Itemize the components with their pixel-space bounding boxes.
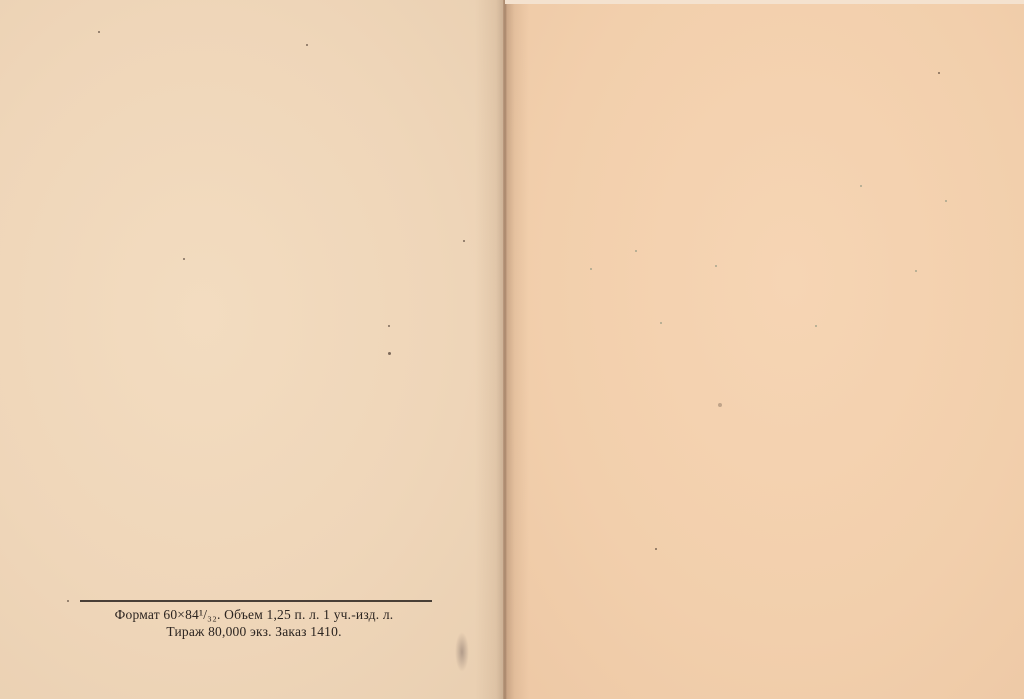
paper-speck	[815, 325, 817, 327]
paper-speck	[945, 200, 947, 202]
paper-speck	[715, 265, 717, 267]
imprint-block: Формат 60×84¹/₃₂. Объем 1,25 п. л. 1 уч.…	[70, 600, 438, 640]
paper-speck	[635, 250, 637, 252]
paper-speck	[660, 322, 662, 324]
imprint-format-line: Формат 60×84¹/₃₂. Объем 1,25 п. л. 1 уч.…	[70, 606, 438, 623]
paper-speck	[388, 325, 390, 327]
paper-speck	[915, 270, 917, 272]
paper-speck	[860, 185, 862, 187]
paper-speck	[98, 31, 100, 33]
left-page: Формат 60×84¹/₃₂. Объем 1,25 п. л. 1 уч.…	[0, 0, 505, 699]
paper-speck	[463, 240, 465, 242]
paper-speck	[718, 403, 722, 407]
page-top-edge	[505, 0, 1024, 4]
book-spread: Формат 60×84¹/₃₂. Объем 1,25 п. л. 1 уч.…	[0, 0, 1024, 699]
ink-smudge	[455, 632, 469, 672]
paper-speck	[938, 72, 940, 74]
imprint-rule	[80, 600, 432, 602]
imprint-print-run-line: Тираж 80,000 экз. Заказ 1410.	[70, 623, 438, 640]
paper-speck	[183, 258, 185, 260]
book-gutter	[503, 0, 507, 699]
paper-speck	[655, 548, 657, 550]
paper-speck	[388, 352, 391, 355]
right-page	[505, 0, 1024, 699]
paper-speck	[590, 268, 592, 270]
paper-speck	[306, 44, 308, 46]
paper-speck	[67, 600, 69, 602]
